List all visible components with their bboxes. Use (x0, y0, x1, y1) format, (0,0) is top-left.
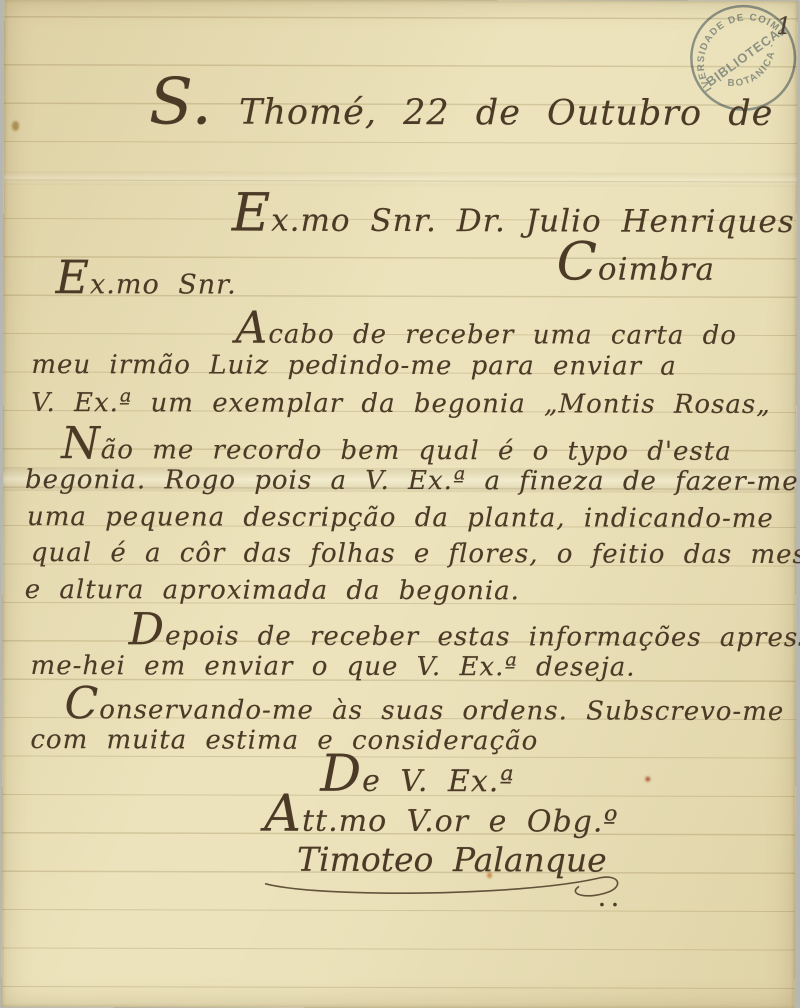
closing-valediction: De V. Ex.ª (320, 757, 514, 799)
salutation: Ex.mo Snr. (56, 261, 237, 300)
body-line: Depois de receber estas informações apre… (129, 615, 800, 652)
body-line: com muita estima e consideração (30, 726, 538, 756)
stain-spot (12, 121, 19, 131)
recipient-city: Coimbra (557, 244, 716, 287)
body-line: Acabo de receber uma carta do (235, 314, 737, 351)
signature: Timoteo Palanque (297, 842, 607, 879)
page-number: 1 (776, 13, 792, 39)
body-line: Conservando-me às suas ordens. Subscrevo… (64, 689, 784, 726)
scanned-letter-page: UNIVERSIDADE DE COIMBRA BIBLIOTECA · BOT… (0, 0, 800, 1008)
body-line: meu irmão Luiz pedindo-me para enviar a (31, 351, 677, 381)
body-line: e altura aproximada da begonia. (25, 576, 520, 606)
stain-spot (645, 777, 650, 782)
body-line: me-hei em enviar o que V. Ex.ª deseja. (31, 652, 636, 682)
letter-paper: UNIVERSIDADE DE COIMBRA BIBLIOTECA · BOT… (2, 0, 798, 1008)
recipient-name: Ex.mo Snr. Dr. Julio Henriques (232, 196, 795, 240)
closing-courtesy: Att.mo V.or e Obg.º (264, 797, 618, 839)
fold-crease (4, 171, 797, 187)
body-line: V. Ex.ª um exemplar da begonia „Montis R… (31, 389, 771, 420)
dateline: S. Thomé, 22 de Outubro de 1909 (149, 67, 800, 139)
body-line: Não me recordo bem qual é o typo d'esta (61, 429, 732, 466)
body-line: uma pequena descripção da planta, indica… (27, 503, 774, 534)
body-line: begonia. Rogo pois a V. Ex.ª a fineza de… (25, 466, 799, 497)
body-line: qual é a côr das folhas e flores, o feit… (31, 539, 800, 570)
